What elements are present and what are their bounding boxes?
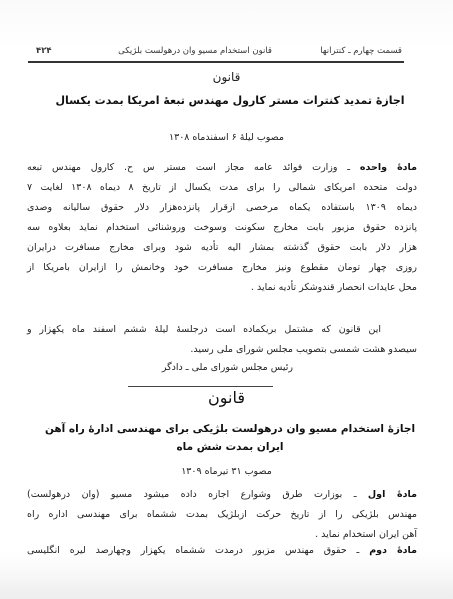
article-line: مادهٔ دوم ـ حقوق مهندس مزبور درمدت ششماه…	[27, 541, 417, 561]
header-section-label: قسمت چهارم ـ کنترانها	[320, 46, 402, 56]
article-line: هزار دلار بابت حقوق گذشته بمشار الیه تأد…	[27, 238, 417, 258]
article-label: مادهٔ واحده	[360, 162, 417, 173]
law-2-title-line: اجازهٔ استخدام مسیو وان درهولست بلژیکی ب…	[30, 420, 430, 438]
section-divider	[128, 386, 273, 387]
article-line: روزی چهار تومان مقطوع ونیز مخارج مسافرت …	[27, 258, 417, 278]
article-label: مادهٔ دوم	[369, 545, 417, 556]
article-line: مادهٔ واحده ـ وزارت فوائد عامه مجاز است …	[27, 158, 417, 178]
law-2-title: اجازهٔ استخدام مسیو وان درهولست بلژیکی ب…	[30, 420, 430, 456]
signature: رئیس مجلس شورای ملی ـ دادگر	[162, 362, 293, 373]
header-rule	[28, 61, 404, 63]
article-line: مهندس بلژیکی را از تاریخ حرکت ازبلژیک بم…	[27, 505, 417, 525]
law-1-heading: قانون	[0, 70, 453, 84]
law-2-article-2: مادهٔ دوم ـ حقوق مهندس مزبور درمدت ششماه…	[27, 541, 417, 561]
closing-line: این قانون که مشتمل بریکماده است درجلسهٔ …	[27, 320, 417, 340]
running-header: قسمت چهارم ـ کنترانها قانون استخدام مسیو…	[28, 44, 402, 60]
article-label: مادهٔ اول	[368, 489, 417, 500]
law-1-single-article: مادهٔ واحده ـ وزارت فوائد عامه مجاز است …	[27, 158, 417, 298]
article-line: محل عایدات انحصار قندوشکر تأدیه نماید .	[27, 278, 417, 298]
header-law-title: قانون استخدام مسیو وان درهولست بلژیکی	[118, 46, 272, 56]
law-2-article-1: مادهٔ اول ـ بوزارت طرق وشوارع اجازه داده…	[27, 485, 417, 545]
law-2-heading: قانون	[0, 388, 453, 407]
law-2-approval-date: مصوب ۳۱ تیرماه ۱۳۰۹	[0, 466, 453, 477]
article-line: پانزده حقوق مزبور بابت مخارج سکونت وسوخت…	[27, 218, 417, 238]
page-number: ۴۲۴	[36, 46, 52, 56]
law-1-closing: این قانون که مشتمل بریکماده است درجلسهٔ …	[27, 320, 417, 360]
article-line: دولت متحده امریکای شمالی را برای مدت یکس…	[27, 178, 417, 198]
law-2-title-line: ایران بمدت شش ماه	[30, 438, 430, 456]
law-1-title: اجازهٔ تمدید کنترات مستر کارول مهندس تبع…	[30, 94, 430, 107]
law-1-approval-date: مصوب لیلهٔ ۶ اسفندماه ۱۳۰۸	[0, 132, 453, 143]
closing-line: سیصدو هشت شمسی بتصویب مجلس شورای ملی رسی…	[27, 340, 417, 360]
article-line: دیماه ۱۳۰۹ باستفاده یکماه مرخصی ازقرار پ…	[27, 198, 417, 218]
page-edge-shadow	[0, 577, 453, 599]
article-line: مادهٔ اول ـ بوزارت طرق وشوارع اجازه داده…	[27, 485, 417, 505]
